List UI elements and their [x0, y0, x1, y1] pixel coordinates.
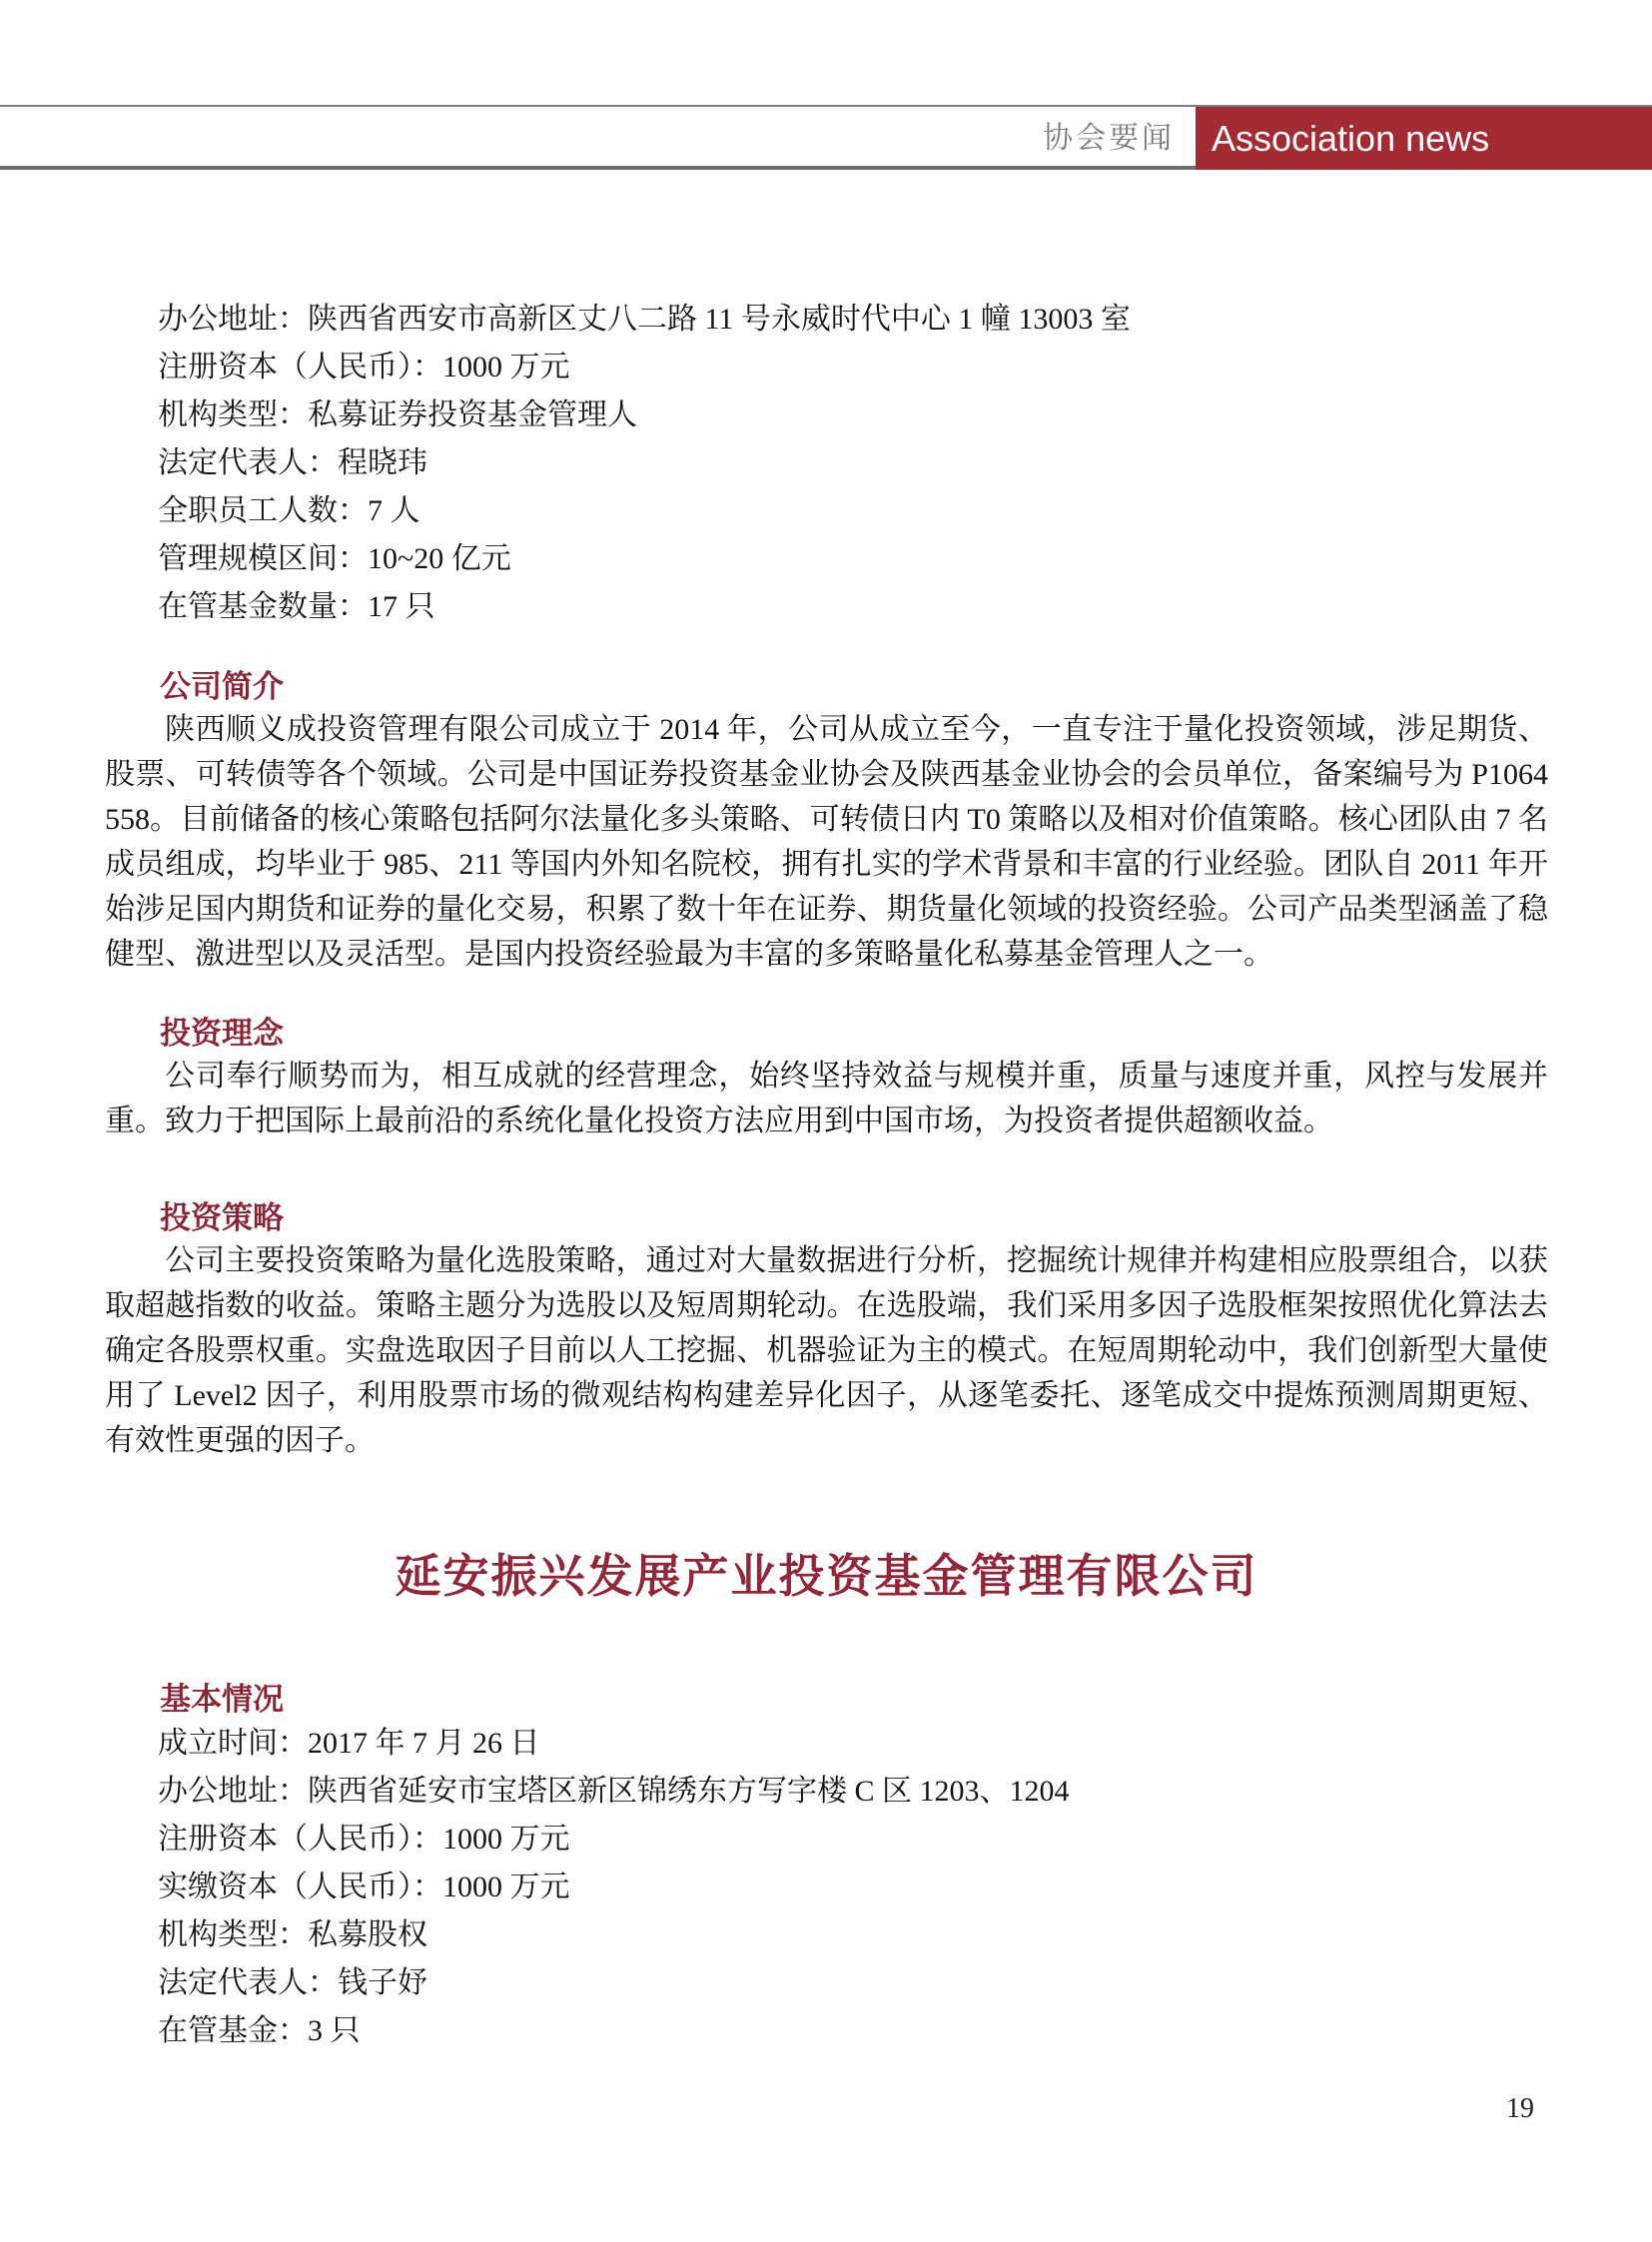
page-number: 19 — [1506, 2093, 1534, 2125]
page-header: 协会要闻 Association news — [0, 0, 1652, 170]
section-title-company-intro: 公司简介 — [105, 667, 1548, 707]
info-line-institution-type: 机构类型：私募股权 — [105, 1911, 1548, 1959]
info-line-fulltime-staff: 全职员工人数：7 人 — [105, 487, 1548, 535]
info-line-funds-under-management: 在管基金：3 只 — [105, 2007, 1548, 2055]
info-line-legal-representative: 法定代表人：程晓玮 — [105, 439, 1548, 487]
content-column: 办公地址：陕西省西安市高新区丈八二路 11 号永威时代中心 1 幢 13003 … — [105, 296, 1548, 2055]
header-tab-en-label: Association news — [1196, 107, 1652, 170]
info-line-office-address: 办公地址：陕西省延安市宝塔区新区锦绣东方写字楼 C 区 1203、1204 — [105, 1768, 1548, 1816]
header-tab-en-box: Association news — [1196, 107, 1652, 170]
header-tab-cn: 协会要闻 — [1043, 107, 1175, 170]
info-line-registered-capital: 注册资本（人民币）：1000 万元 — [105, 1816, 1548, 1864]
info-line-office-address: 办公地址：陕西省西安市高新区丈八二路 11 号永威时代中心 1 幢 13003 … — [105, 296, 1548, 344]
company2-basic-info-list: 成立时间：2017 年 7 月 26 日 办公地址：陕西省延安市宝塔区新区锦绣东… — [105, 1720, 1548, 2055]
info-line-aum-range: 管理规模区间：10~20 亿元 — [105, 535, 1548, 583]
info-line-paidin-capital: 实缴资本（人民币）：1000 万元 — [105, 1864, 1548, 1911]
company1-basic-info-list: 办公地址：陕西省西安市高新区丈八二路 11 号永威时代中心 1 幢 13003 … — [105, 296, 1548, 631]
paragraph-investment-philosophy: 公司奉行顺势而为，相互成就的经营理念，始终坚持效益与规模并重，质量与速度并重，风… — [105, 1054, 1548, 1143]
company2-title: 延安振兴发展产业投资基金管理有限公司 — [105, 1548, 1548, 1604]
document-page: 协会要闻 Association news 办公地址：陕西省西安市高新区丈八二路… — [0, 0, 1652, 2242]
page-content: 办公地址：陕西省西安市高新区丈八二路 11 号永威时代中心 1 幢 13003 … — [0, 170, 1652, 2055]
info-line-establish-date: 成立时间：2017 年 7 月 26 日 — [105, 1720, 1548, 1768]
section-title-investment-philosophy: 投资理念 — [105, 1014, 1548, 1054]
section-title-basic-info: 基本情况 — [105, 1680, 1548, 1720]
paragraph-company-intro: 陕西顺义成投资管理有限公司成立于 2014 年，公司从成立至今，一直专注于量化投… — [105, 707, 1548, 977]
info-line-funds-under-management: 在管基金数量：17 只 — [105, 583, 1548, 631]
section-title-investment-strategy: 投资策略 — [105, 1198, 1548, 1238]
info-line-institution-type: 机构类型：私募证券投资基金管理人 — [105, 391, 1548, 439]
info-line-registered-capital: 注册资本（人民币）：1000 万元 — [105, 344, 1548, 391]
info-line-legal-representative: 法定代表人：钱子妤 — [105, 1959, 1548, 2007]
paragraph-investment-strategy: 公司主要投资策略为量化选股策略，通过对大量数据进行分析，挖掘统计规律并构建相应股… — [105, 1238, 1548, 1463]
